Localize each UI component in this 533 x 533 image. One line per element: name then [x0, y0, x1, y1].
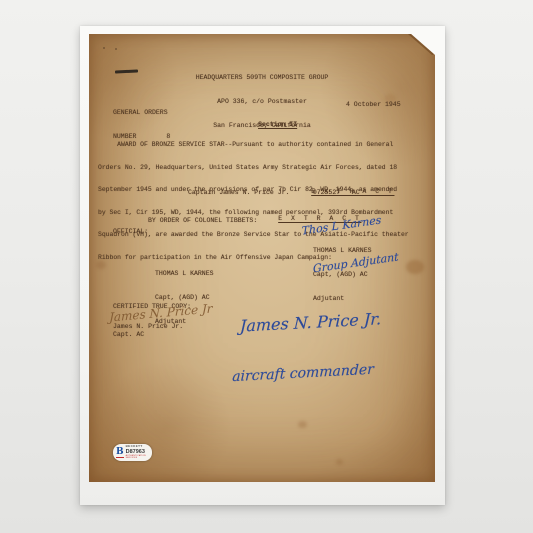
commander-ink-signature-title: aircraft commander	[232, 361, 380, 386]
certifier-rank: Capt. AC	[113, 331, 144, 339]
commander-ink-signature-name: James N. Price Jr.	[240, 310, 382, 334]
paper-stain	[336, 459, 343, 465]
adjutant-ink-signature-title: Group Adjutant	[313, 250, 399, 275]
adjutant-rank: Capt, (AGD) AC	[155, 294, 214, 302]
paper-stain	[298, 421, 307, 428]
body-line: Orders No. 29, Headquarters, United Stat…	[98, 164, 420, 172]
document-page: HEADQUARTERS 509TH COMPOSITE GROUP APO 3…	[89, 34, 435, 482]
official-label: OFFICIAL:	[113, 228, 148, 236]
paper-speck	[103, 47, 105, 49]
by-order-line: BY ORDER OF COLONEL TIBBETS:	[148, 217, 257, 225]
document-date: 4 October 1945	[346, 101, 401, 109]
adjutant-name: THOMAS L KARNES	[155, 270, 214, 278]
commander-ink-signature: James N. Price Jr. aircraft commander	[237, 276, 383, 420]
adjutant-ink-signature-name: Thos L Karnes	[302, 211, 398, 237]
photo-background: HEADQUARTERS 509TH COMPOSITE GROUP APO 3…	[0, 0, 533, 533]
folded-corner-edge	[405, 30, 434, 56]
certifier-name: James N. Price Jr.	[113, 323, 183, 331]
sticker-tagline: AUTHENTICATION SERVICES	[126, 455, 149, 460]
paper-speck	[115, 48, 117, 50]
sticker-text-block: BECKETT D87963 AUTHENTICATION SERVICES	[126, 445, 149, 460]
photo-mat: HEADQUARTERS 509TH COMPOSITE GROUP APO 3…	[80, 26, 445, 505]
beckett-logo-icon: B	[116, 448, 124, 458]
body-line: AWARD OF BRONZE SERVICE STAR--Pursuant t…	[98, 141, 420, 149]
header-unit-line: HEADQUARTERS 509TH COMPOSITE GROUP	[89, 74, 435, 82]
beckett-authentication-sticker: B BECKETT D87963 AUTHENTICATION SERVICES	[113, 444, 152, 461]
